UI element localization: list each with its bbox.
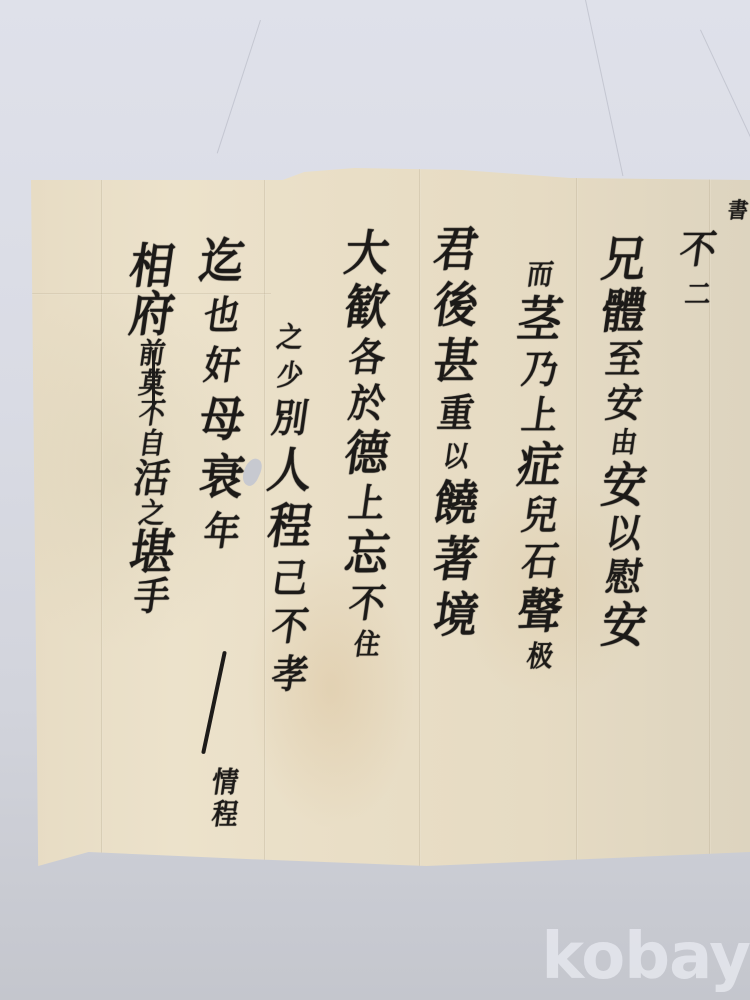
calligraphy-glyph: 乃: [519, 351, 560, 390]
calligraphy-glyph: 慰: [603, 559, 644, 598]
fold-line: [576, 168, 578, 866]
calligraphy-glyph: 程: [265, 503, 316, 551]
calligraphy-glyph: 饒: [431, 480, 482, 528]
calligraphy-glyph: 年: [201, 513, 242, 552]
brush-tail-stroke: [152, 350, 155, 410]
calligraphy-glyph: 住: [352, 631, 382, 659]
calligraphy-glyph: 母: [197, 396, 248, 444]
calligraphy-glyph: 自: [137, 430, 167, 458]
fold-line: [101, 168, 103, 866]
calligraphy-glyph: 境: [431, 592, 482, 640]
calligraphy-glyph: 兒: [519, 497, 560, 536]
fold-line: [264, 168, 266, 866]
calligraphy-glyph: 由: [609, 429, 639, 457]
calligraphy-glyph: 不: [346, 585, 387, 624]
calligraphy-glyph: 极: [525, 643, 555, 671]
calligraphy-glyph: 也: [201, 297, 242, 336]
text-column-8: 相 府 前 莫 不 自 活 之 堪 手: [130, 245, 174, 615]
text-column-3: 而 茎 乃 上 症 兒 石 聲 极: [518, 262, 562, 670]
calligraphy-glyph: 堪: [127, 529, 178, 577]
text-column-2: 兄 體 至 安 由 安 以 慰 安: [602, 238, 646, 648]
calligraphy-glyph: 手: [131, 578, 172, 617]
calligraphy-glyph: 後: [431, 282, 482, 330]
background-scratch: [585, 0, 623, 176]
edge-fragment: 書: [728, 200, 748, 220]
calligraphy-glyph: 相: [127, 243, 178, 291]
calligraphy-glyph: 歓: [342, 284, 393, 332]
calligraphy-glyph: 兄: [599, 236, 650, 284]
calligraphy-glyph: 上: [519, 397, 560, 436]
calligraphy-glyph: 大: [342, 230, 393, 278]
calligraphy-glyph: 少: [275, 362, 305, 390]
calligraphy-glyph: 府: [127, 291, 178, 339]
calligraphy-glyph: 不: [677, 231, 718, 270]
calligraphy-glyph: 別: [269, 400, 310, 439]
calligraphy-glyph: 奸: [201, 347, 242, 386]
calligraphy-glyph: 程: [210, 801, 240, 829]
calligraphy-glyph: 之: [275, 324, 305, 352]
calligraphy-glyph: 以: [441, 443, 471, 471]
text-column-7: 迄 也 奸 母 衰 年: [200, 240, 244, 550]
calligraphy-glyph: 人: [265, 447, 316, 495]
text-column-7-trailing: 情 程: [212, 770, 238, 828]
calligraphy-glyph: 體: [599, 288, 650, 336]
calligraphy-glyph: 君: [431, 226, 482, 274]
calligraphy-glyph: 以: [603, 515, 644, 554]
calligraphy-glyph: 己: [269, 560, 310, 599]
text-column-5: 大 歓 各 於 德 上 忘 不 住: [345, 232, 389, 658]
calligraphy-glyph: 於: [346, 385, 387, 424]
calligraphy-glyph: 聲: [515, 588, 566, 636]
calligraphy-glyph: 情: [210, 769, 240, 797]
text-column-1: 不 二: [680, 232, 716, 308]
calligraphy-glyph: 安: [603, 385, 644, 424]
background-scratch: [700, 30, 750, 139]
calligraphy-glyph: 重: [435, 395, 476, 434]
fold-line: [419, 168, 421, 866]
calligraphy-glyph: 茎: [515, 296, 566, 344]
calligraphy-glyph: 衰: [197, 454, 248, 502]
kobay-watermark: kobay: [541, 920, 750, 994]
calligraphy-glyph: 著: [431, 536, 482, 584]
calligraphy-glyph: 至: [603, 341, 644, 380]
calligraphy-glyph: 二: [683, 281, 713, 309]
text-column-6: 之 少 別 人 程 己 不 孝: [268, 325, 312, 693]
calligraphy-glyph: 上: [346, 485, 387, 524]
calligraphy-glyph: 安: [599, 462, 650, 510]
calligraphy-glyph: 安: [599, 602, 650, 650]
calligraphy-glyph: 各: [346, 339, 387, 378]
calligraphy-glyph: 活: [131, 460, 172, 499]
calligraphy-glyph: 德: [342, 430, 393, 478]
calligraphy-glyph: 症: [515, 442, 566, 490]
calligraphy-glyph: 書: [726, 199, 749, 221]
calligraphy-glyph: 迄: [197, 238, 248, 286]
calligraphy-glyph: 孝: [269, 656, 310, 695]
background-scratch: [217, 20, 261, 153]
calligraphy-glyph: 石: [519, 543, 560, 582]
calligraphy-glyph: 忘: [342, 530, 393, 578]
text-column-4: 君 後 甚 重 以 饒 著 境: [434, 228, 478, 638]
calligraphy-glyph: 而: [525, 261, 555, 289]
calligraphy-glyph: 之: [137, 500, 167, 528]
calligraphy-glyph: 甚: [431, 338, 482, 386]
calligraphy-glyph: 不: [269, 608, 310, 647]
